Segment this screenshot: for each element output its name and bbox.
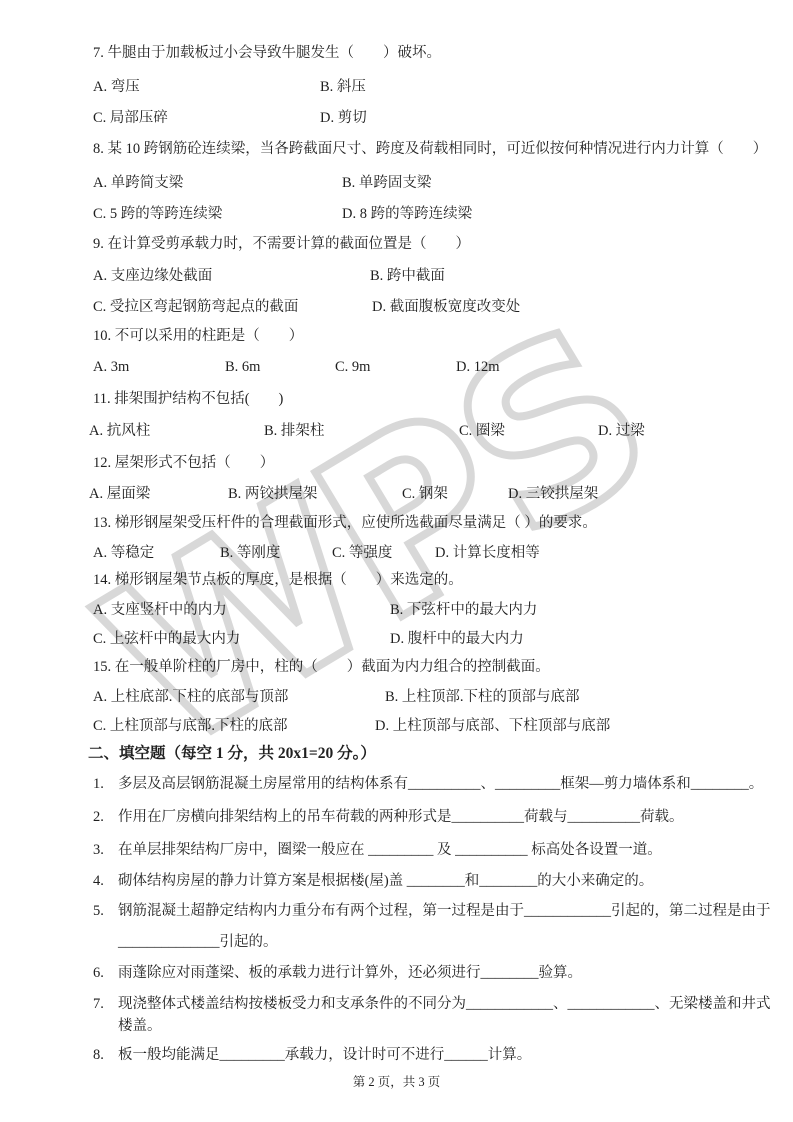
q8-options-row-1: A. 单跨简支梁 B. 单跨固支梁 xyxy=(0,172,793,194)
fill6-text: 雨蓬除应对雨蓬梁、板的承载力进行计算外，还必须进行________验算。 xyxy=(118,962,582,984)
q11-option-b: B. 排架柱 xyxy=(264,420,324,442)
q7-option-a: A. 弯压 xyxy=(93,76,140,98)
fill8-number: 8. xyxy=(93,1044,104,1066)
q7-option-b: B. 斜压 xyxy=(320,76,366,98)
q11-options-row: A. 抗风柱 B. 排架柱 C. 圈梁 D. 过梁 xyxy=(0,420,793,442)
q8-option-d: D. 8 跨的等跨连续梁 xyxy=(342,203,472,225)
q10-option-d: D. 12m xyxy=(456,356,500,378)
fill4-text: 砌体结构房屋的静力计算方案是根据楼(屋)盖 ________和________的… xyxy=(118,870,653,892)
q7-options-row-2: C. 局部压碎 D. 剪切 xyxy=(0,107,793,129)
fill5-text-line1: 钢筋混凝土超静定结构内力重分布有两个过程，第一过程是由于____________… xyxy=(118,900,771,922)
q12-option-d: D. 三铰拱屋架 xyxy=(508,483,598,505)
q14-stem: 14. 梯形钢屋架节点板的厚度，是根据（ ）来选定的。 xyxy=(93,569,463,591)
q7-option-d: D. 剪切 xyxy=(320,107,367,129)
fill4-number: 4. xyxy=(93,870,104,892)
q13-option-d: D. 计算长度相等 xyxy=(435,542,540,564)
q8-stem: 8. 某 10 跨钢筋砼连续梁，当各跨截面尺寸、跨度及荷载相同时，可近似按何种情… xyxy=(93,138,767,160)
q12-option-c: C. 钢架 xyxy=(402,483,448,505)
fill1-number: 1. xyxy=(93,773,104,795)
fill7-text-line1: 现浇整体式楼盖结构按楼板受力和支承条件的不同分为____________、___… xyxy=(118,993,771,1015)
fill7-text-line2: 楼盖。 xyxy=(118,1015,162,1037)
fill6-number: 6. xyxy=(93,962,104,984)
fill5-number: 5. xyxy=(93,900,104,922)
q12-option-b: B. 两铰拱屋架 xyxy=(228,483,317,505)
q12-option-a: A. 屋面梁 xyxy=(89,483,150,505)
exam-page: WPS 7. 牛腿由于加载板过小会导致牛腿发生（ ）破坏。 A. 弯压 B. 斜… xyxy=(0,0,793,1122)
q15-options-row-2: C. 上柱顶部与底部.下柱的底部 D. 上柱顶部与底部、下柱顶部与底部 xyxy=(0,715,793,737)
q14-option-b: B. 下弦杆中的最大内力 xyxy=(390,599,537,621)
q15-option-b: B. 上柱顶部.下柱的顶部与底部 xyxy=(385,686,580,708)
q15-stem: 15. 在一般单阶柱的厂房中，柱的（ ）截面为内力组合的控制截面。 xyxy=(93,656,550,678)
q9-options-row-1: A. 支座边缘处截面 B. 跨中截面 xyxy=(0,265,793,287)
q12-stem: 12. 屋架形式不包括（ ） xyxy=(93,452,274,474)
q14-option-a: A. 支座竖杆中的内力 xyxy=(93,599,227,621)
q9-options-row-2: C. 受拉区弯起钢筋弯起点的截面 D. 截面腹板宽度改变处 xyxy=(0,296,793,318)
q14-option-c: C. 上弦杆中的最大内力 xyxy=(93,628,240,650)
q7-option-c: C. 局部压碎 xyxy=(93,107,168,129)
q9-option-d: D. 截面腹板宽度改变处 xyxy=(372,296,520,318)
page-footer: 第 2 页，共 3 页 xyxy=(0,1073,793,1091)
q13-option-a: A. 等稳定 xyxy=(93,542,154,564)
q15-option-d: D. 上柱顶部与底部、下柱顶部与底部 xyxy=(375,715,610,737)
q14-option-d: D. 腹杆中的最大内力 xyxy=(390,628,524,650)
q8-option-a: A. 单跨简支梁 xyxy=(93,172,183,194)
q8-option-b: B. 单跨固支梁 xyxy=(342,172,431,194)
q10-option-c: C. 9m xyxy=(335,356,370,378)
fill1-text: 多层及高层钢筋混凝土房屋常用的结构体系有__________、_________… xyxy=(118,773,763,795)
q12-options-row: A. 屋面梁 B. 两铰拱屋架 C. 钢架 D. 三铰拱屋架 xyxy=(0,483,793,505)
q13-option-c: C. 等强度 xyxy=(332,542,392,564)
q14-options-row-1: A. 支座竖杆中的内力 B. 下弦杆中的最大内力 xyxy=(0,599,793,621)
fill2-text: 作用在厂房横向排架结构上的吊车荷载的两种形式是__________荷载与____… xyxy=(118,806,684,828)
fill5-text-line2: ______________引起的。 xyxy=(118,931,278,953)
fill7-number: 7. xyxy=(93,993,104,1015)
q15-option-a: A. 上柱底部.下柱的底部与顶部 xyxy=(93,686,288,708)
q7-stem: 7. 牛腿由于加载板过小会导致牛腿发生（ ）破坏。 xyxy=(93,42,441,64)
q10-stem: 10. 不可以采用的柱距是（ ） xyxy=(93,325,303,347)
q11-option-d: D. 过梁 xyxy=(598,420,645,442)
q10-option-b: B. 6m xyxy=(225,356,260,378)
fill3-number: 3. xyxy=(93,839,104,861)
q9-option-c: C. 受拉区弯起钢筋弯起点的截面 xyxy=(93,296,298,318)
q11-stem: 11. 排架围护结构不包括( ) xyxy=(93,388,283,410)
q13-stem: 13. 梯形钢屋架受压杆件的合理截面形式，应使所选截面尽量满足（ ）的要求。 xyxy=(93,512,597,534)
q13-options-row: A. 等稳定 B. 等刚度 C. 等强度 D. 计算长度相等 xyxy=(0,542,793,564)
fill3-text: 在单层排架结构厂房中，圈梁一般应在 _________ 及 __________… xyxy=(118,839,662,861)
q10-option-a: A. 3m xyxy=(93,356,129,378)
q8-options-row-2: C. 5 跨的等跨连续梁 D. 8 跨的等跨连续梁 xyxy=(0,203,793,225)
q9-option-a: A. 支座边缘处截面 xyxy=(93,265,212,287)
fill8-text: 板一般均能满足_________承载力，设计时可不进行______计算。 xyxy=(118,1044,531,1066)
q11-option-a: A. 抗风柱 xyxy=(89,420,150,442)
q14-options-row-2: C. 上弦杆中的最大内力 D. 腹杆中的最大内力 xyxy=(0,628,793,650)
q7-options-row-1: A. 弯压 B. 斜压 xyxy=(0,76,793,98)
section2-title: 二、填空题（每空 1 分，共 20x1=20 分。） xyxy=(88,743,376,765)
q15-options-row-1: A. 上柱底部.下柱的底部与顶部 B. 上柱顶部.下柱的顶部与底部 xyxy=(0,686,793,708)
q13-option-b: B. 等刚度 xyxy=(220,542,280,564)
q15-option-c: C. 上柱顶部与底部.下柱的底部 xyxy=(93,715,288,737)
q9-option-b: B. 跨中截面 xyxy=(370,265,445,287)
fill2-number: 2. xyxy=(93,806,104,828)
q9-stem: 9. 在计算受剪承载力时，不需要计算的截面位置是（ ） xyxy=(93,233,470,255)
q11-option-c: C. 圈梁 xyxy=(459,420,505,442)
q10-options-row: A. 3m B. 6m C. 9m D. 12m xyxy=(0,356,793,378)
q8-option-c: C. 5 跨的等跨连续梁 xyxy=(93,203,222,225)
